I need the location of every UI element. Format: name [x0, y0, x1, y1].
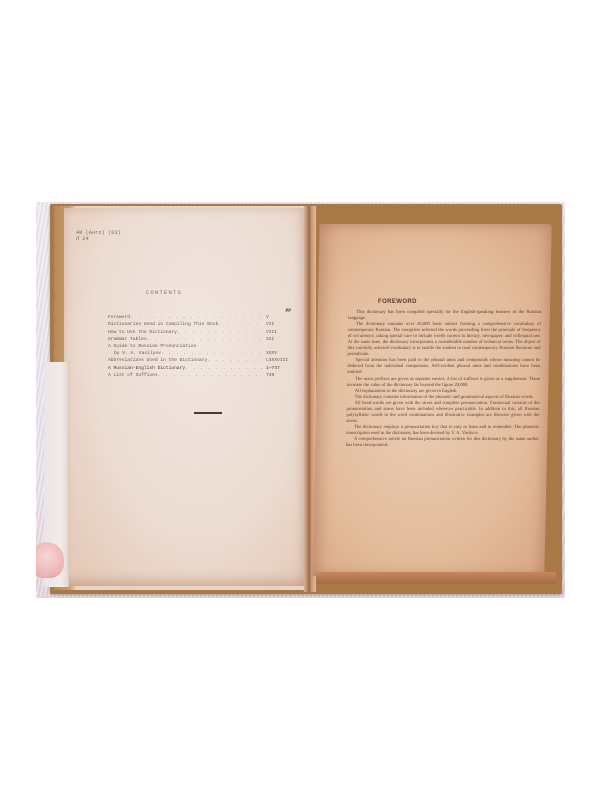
- book-photo: 4И (Англ) (03) Л 24 CONTENTS pp Foreword…: [36, 202, 565, 598]
- foreword-paragraph: A comprehensive article on Russian pronu…: [346, 437, 539, 449]
- contents-title: CONTENTS: [146, 289, 182, 296]
- foreword-paragraph: The main prefixes are given as separate …: [347, 377, 540, 389]
- library-code: 4И (Англ) (03) Л 24: [76, 230, 121, 242]
- right-page-edge: [316, 572, 556, 584]
- toc-entry: by V. A. VasilyevXXXV: [108, 350, 298, 357]
- pages-label: pp: [108, 307, 298, 314]
- foreword-paragraph: All head-words are given with the stress…: [346, 401, 539, 425]
- foreword-body: This dictionary has been compiled specia…: [346, 310, 541, 449]
- toc-entry: A List of Suffixes749: [108, 372, 298, 379]
- toc-entry: A Russian-English Dictionary1—747: [108, 365, 298, 372]
- left-page: [64, 208, 308, 586]
- toc-entry: Dictionaries Used in Compiling This Book…: [108, 321, 298, 328]
- foreword-paragraph: This dictionary has been compiled specia…: [348, 310, 541, 322]
- table-of-contents: pp ForewordV Dictionaries Used in Compil…: [108, 307, 298, 379]
- toc-entry: How to Use the DictionaryVIII: [108, 329, 298, 336]
- toc-entry: Abbreviations Used in the DictionaryLXXX…: [108, 357, 298, 364]
- foreword-paragraph: The dictionary contains information of t…: [347, 395, 540, 401]
- toc-entry: ForewordV: [108, 314, 298, 321]
- foreword-paragraph: The dictionary contains over 20,000 basi…: [347, 322, 541, 358]
- foreword-paragraph: The dictionary employs a pronunciation k…: [346, 425, 539, 437]
- foreword-paragraph: Special attention has been paid to the p…: [347, 358, 540, 376]
- library-code-line: Л 24: [76, 236, 121, 242]
- foreword-title: FOREWORD: [378, 299, 417, 305]
- toc-entry: A Guide to Russian Pronunciation: [108, 343, 298, 350]
- contents-divider: [194, 412, 222, 414]
- toc-entry: Grammar TablesXXI: [108, 336, 298, 343]
- thumb: [36, 542, 64, 578]
